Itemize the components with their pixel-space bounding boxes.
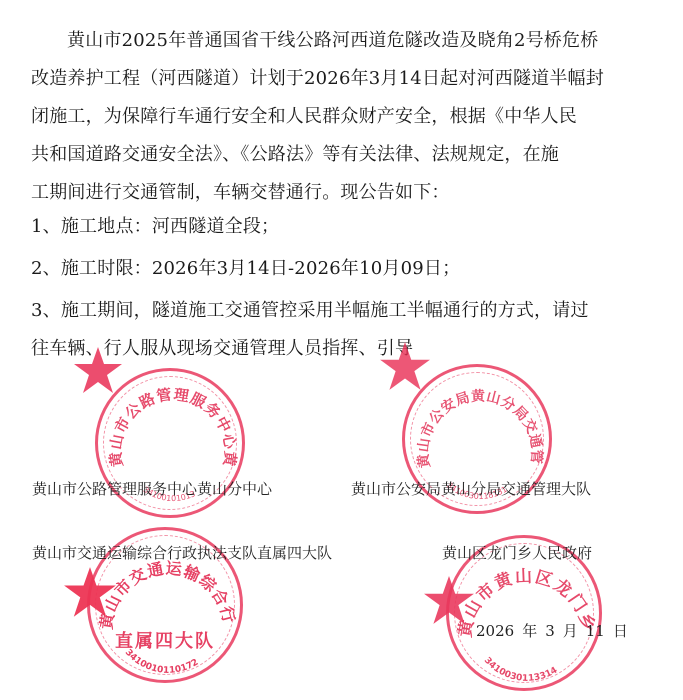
item-line: 2、施工时限：2026年3月14日-2026年10月09日； bbox=[31, 250, 611, 288]
paragraph-line: 共和国道路交通安全法》、《公路法》等有关法律、法规规定，在施 bbox=[31, 136, 611, 174]
date-day: 11 bbox=[586, 622, 605, 640]
date-year: 2026 bbox=[476, 622, 514, 640]
notice-item-2: 2、施工时限：2026年3月14日-2026年10月09日； bbox=[31, 250, 611, 288]
star-icon bbox=[73, 347, 123, 395]
notice-item-1: 1、施工地点：河西隧道全段； bbox=[31, 208, 611, 246]
notice-date: 2026年3月11日 bbox=[476, 620, 636, 641]
paragraph-line: 闭施工，为保障行车通行安全和人民群众财产安全，根据《中华人民 bbox=[31, 98, 611, 136]
signatory-transport-enforcement: 黄山市交通运输综合行政执法支队直属四大队 bbox=[32, 542, 332, 563]
paragraph-line: 改造养护工程（河西隧道）计划于2026年3月14日起对河西隧道半幅封 bbox=[31, 60, 611, 98]
date-day-unit: 日 bbox=[613, 622, 628, 640]
date-year-unit: 年 bbox=[522, 622, 537, 640]
item-line: 1、施工地点：河西隧道全段； bbox=[31, 208, 611, 246]
star-icon bbox=[63, 567, 117, 619]
star-icon bbox=[379, 342, 431, 392]
svg-text:3410030113314: 3410030113314 bbox=[482, 656, 560, 684]
signatory-traffic-police: 黄山市公安局黄山分局交通管理大队 bbox=[351, 478, 591, 499]
signatory-highway-center: 黄山市公路管理服务中心黄山分中心 bbox=[32, 478, 272, 499]
paragraph-line: 工期间进行交通管制，车辆交替通行。现公告如下： bbox=[31, 174, 611, 212]
seal-bottom-text: 直属四大队 bbox=[90, 627, 240, 653]
star-icon bbox=[423, 576, 475, 626]
date-month: 3 bbox=[545, 622, 555, 640]
paragraph-line: 黄山市2025年普通国省干线公路河西道危隧改造及晓角2号桥危桥 bbox=[31, 22, 611, 60]
item-line: 3、施工期间，隧道施工交通管控采用半幅施工半幅通行的方式，请过 bbox=[31, 292, 611, 330]
notice-document: 黄山市2025年普通国省干线公路河西道危隧改造及晓角2号桥危桥 改造养护工程（河… bbox=[0, 0, 683, 700]
date-month-unit: 月 bbox=[563, 622, 578, 640]
signatory-township-government: 黄山区龙门乡人民政府 bbox=[442, 542, 592, 563]
notice-paragraph: 黄山市2025年普通国省干线公路河西道危隧改造及晓角2号桥危桥 改造养护工程（河… bbox=[31, 22, 611, 212]
